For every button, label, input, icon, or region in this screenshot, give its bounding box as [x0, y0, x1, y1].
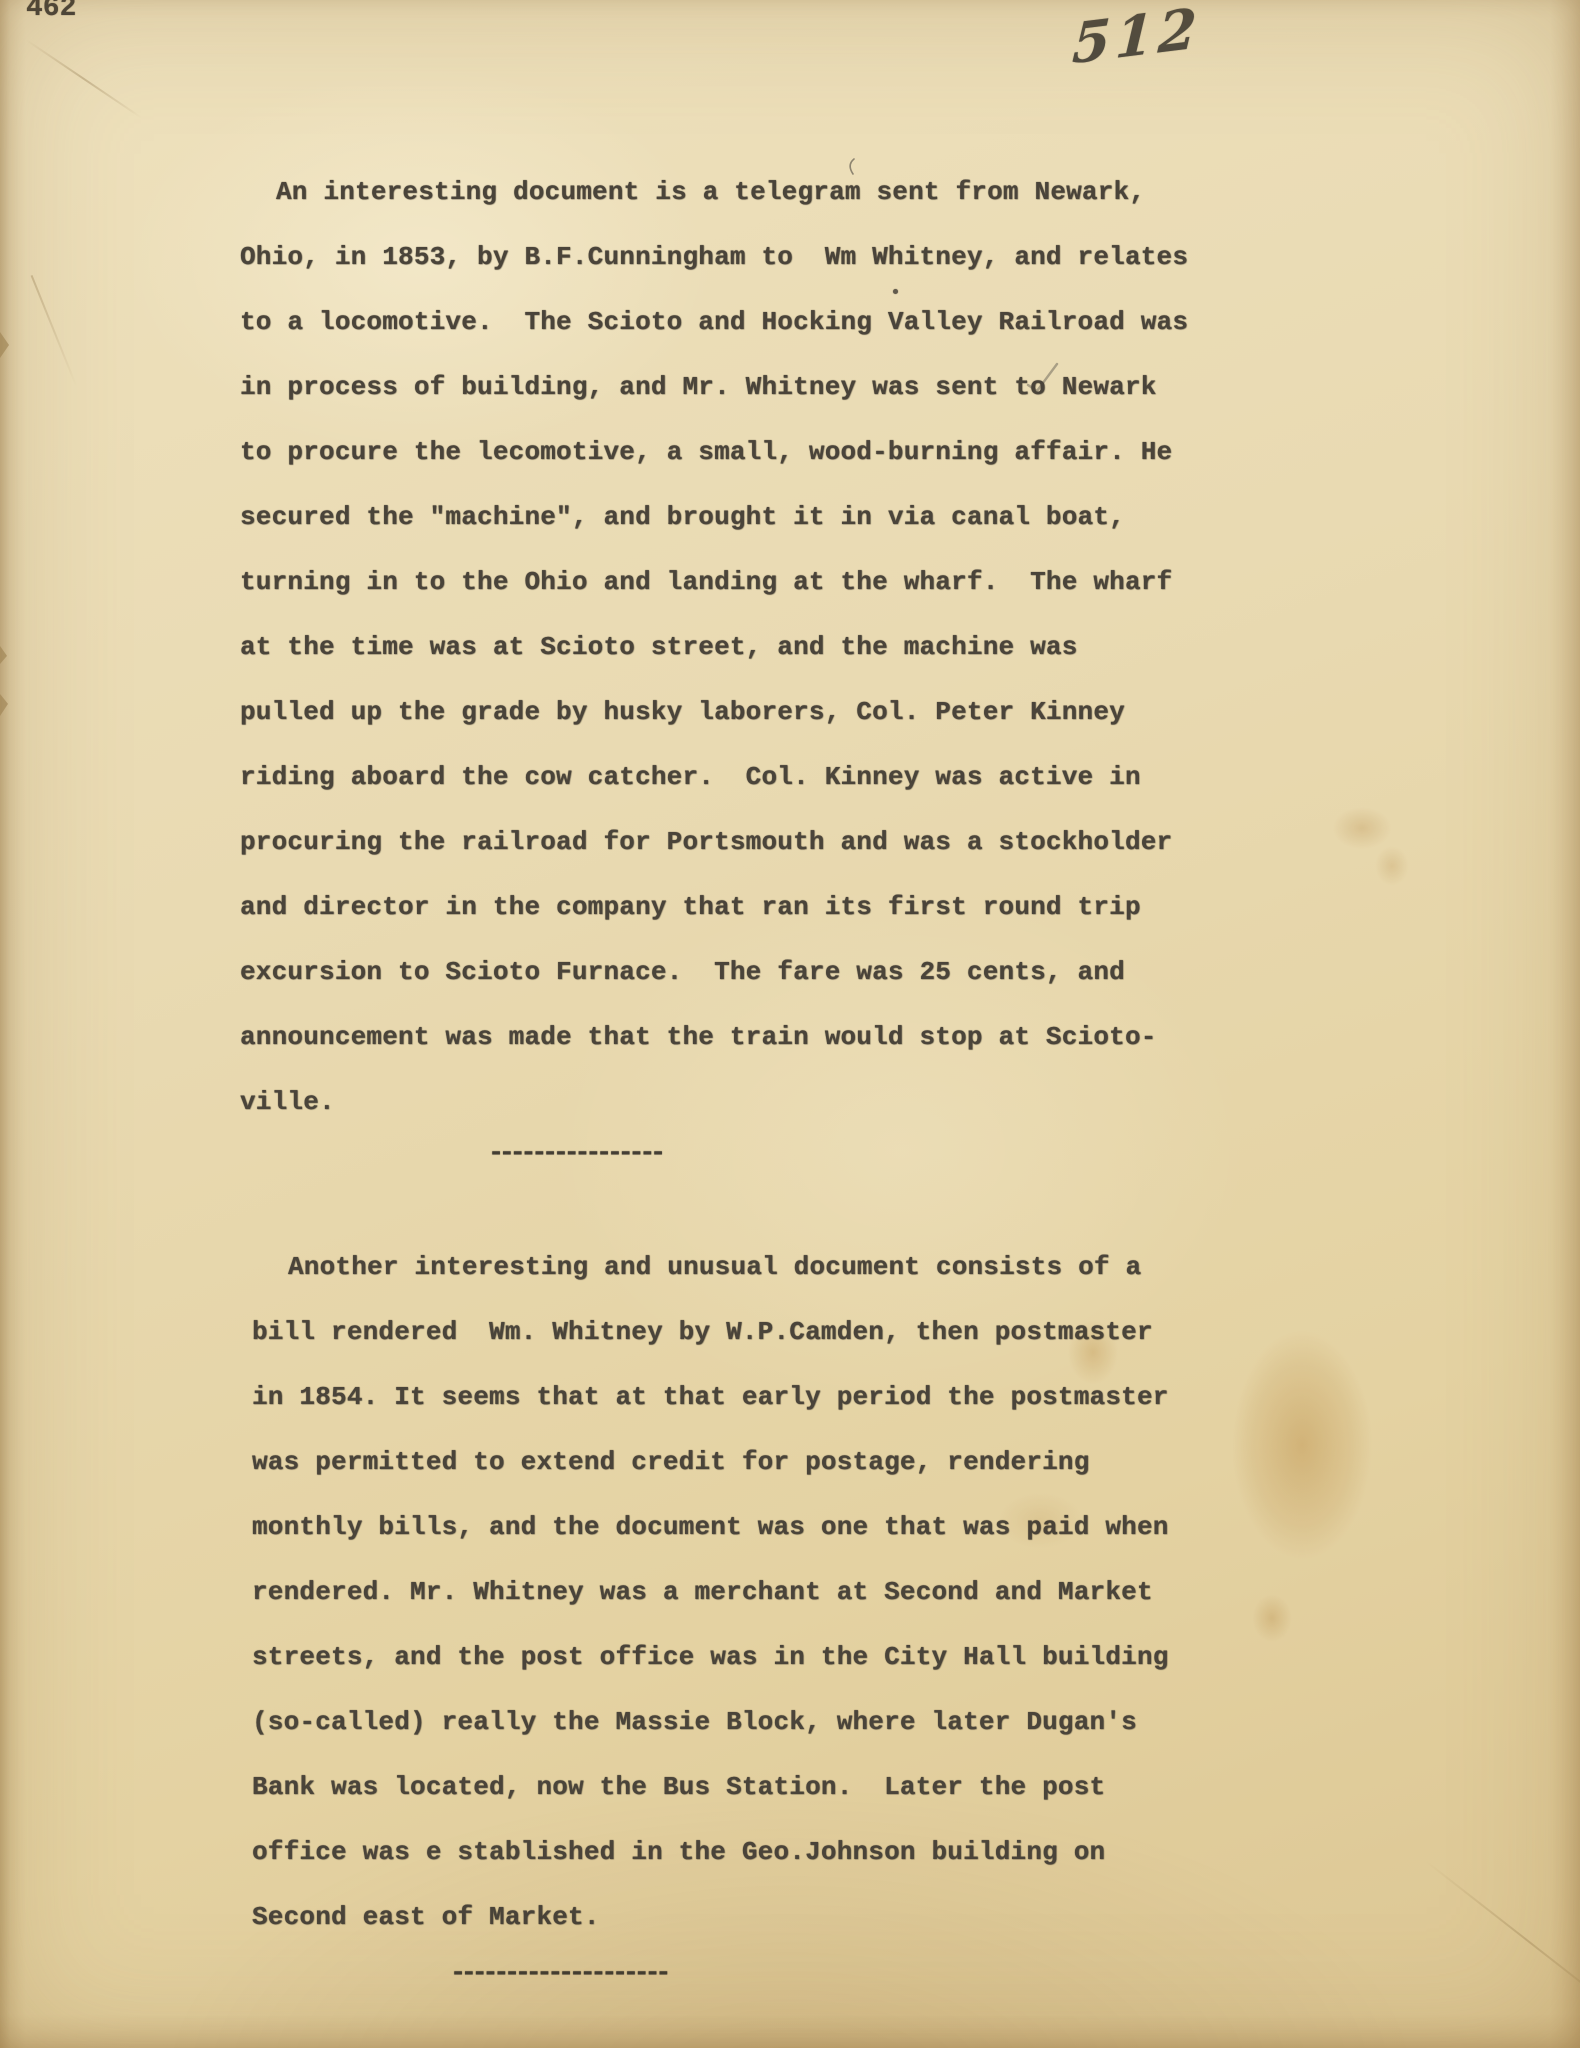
typed-line: Bank was located, now the Bus Station. L… — [252, 1755, 1169, 1820]
typed-line: An interesting document is a telegram se… — [240, 160, 1188, 225]
typed-line: (so-called) really the Massie Block, whe… — [252, 1690, 1169, 1755]
typed-line: turning in to the Ohio and landing at th… — [240, 550, 1188, 615]
torn-edge-notch — [0, 694, 8, 716]
typed-line: to procure the lecomotive, a small, wood… — [240, 420, 1188, 485]
paper-crease-left — [31, 275, 78, 387]
typed-line: pulled up the grade by husky laborers, C… — [240, 680, 1188, 745]
typed-line: secured the "machine", and brought it in… — [240, 485, 1188, 550]
paper-crease-top-left — [25, 39, 142, 119]
dashed-separator-2: -------------------- — [450, 1942, 666, 2007]
typed-line: riding aboard the cow catcher. Col. Kinn… — [240, 745, 1188, 810]
typed-line: Ohio, in 1853, by B.F.Cunningham to Wm W… — [240, 225, 1188, 290]
dashed-separator-1: ---------------- — [488, 1122, 661, 1187]
typed-page-number: 462 — [26, 0, 76, 26]
typed-line: to a locomotive. The Scioto and Hocking … — [240, 290, 1188, 355]
paper-crease-bottom-right — [1425, 1860, 1580, 2022]
typed-line: rendered. Mr. Whitney was a merchant at … — [252, 1560, 1169, 1625]
typed-line: office was e stablished in the Geo.Johns… — [252, 1820, 1169, 1885]
typed-line: Second east of Market. — [252, 1885, 1169, 1950]
typed-line: in process of building, and Mr. Whitney … — [240, 355, 1188, 420]
typed-line: ville. — [240, 1070, 1188, 1135]
typed-line: announcement was made that the train wou… — [240, 1005, 1188, 1070]
typed-line: excursion to Scioto Furnace. The fare wa… — [240, 940, 1188, 1005]
typed-line: streets, and the post office was in the … — [252, 1625, 1169, 1690]
typed-line: bill rendered Wm. Whitney by W.P.Camden,… — [252, 1300, 1169, 1365]
torn-edge-notch — [0, 646, 7, 664]
typed-line: in 1854. It seems that at that early per… — [252, 1365, 1169, 1430]
handwritten-page-number: 512 — [1071, 0, 1203, 74]
typed-line: and director in the company that ran its… — [240, 875, 1188, 940]
typed-line: at the time was at Scioto street, and th… — [240, 615, 1188, 680]
typed-line: procuring the railroad for Portsmouth an… — [240, 810, 1188, 875]
paragraph-1: An interesting document is a telegram se… — [240, 160, 1188, 1135]
paragraph-2: Another interesting and unusual document… — [252, 1235, 1169, 1950]
torn-edge-notch — [0, 332, 9, 358]
scanned-typewritten-page: 462 512 An interesting document is a tel… — [0, 0, 1580, 2048]
typed-line: monthly bills, and the document was one … — [252, 1495, 1169, 1560]
stray-period-mark — [893, 289, 898, 294]
typed-line: was permitted to extend credit for posta… — [252, 1430, 1169, 1495]
typed-line: Another interesting and unusual document… — [252, 1235, 1169, 1300]
